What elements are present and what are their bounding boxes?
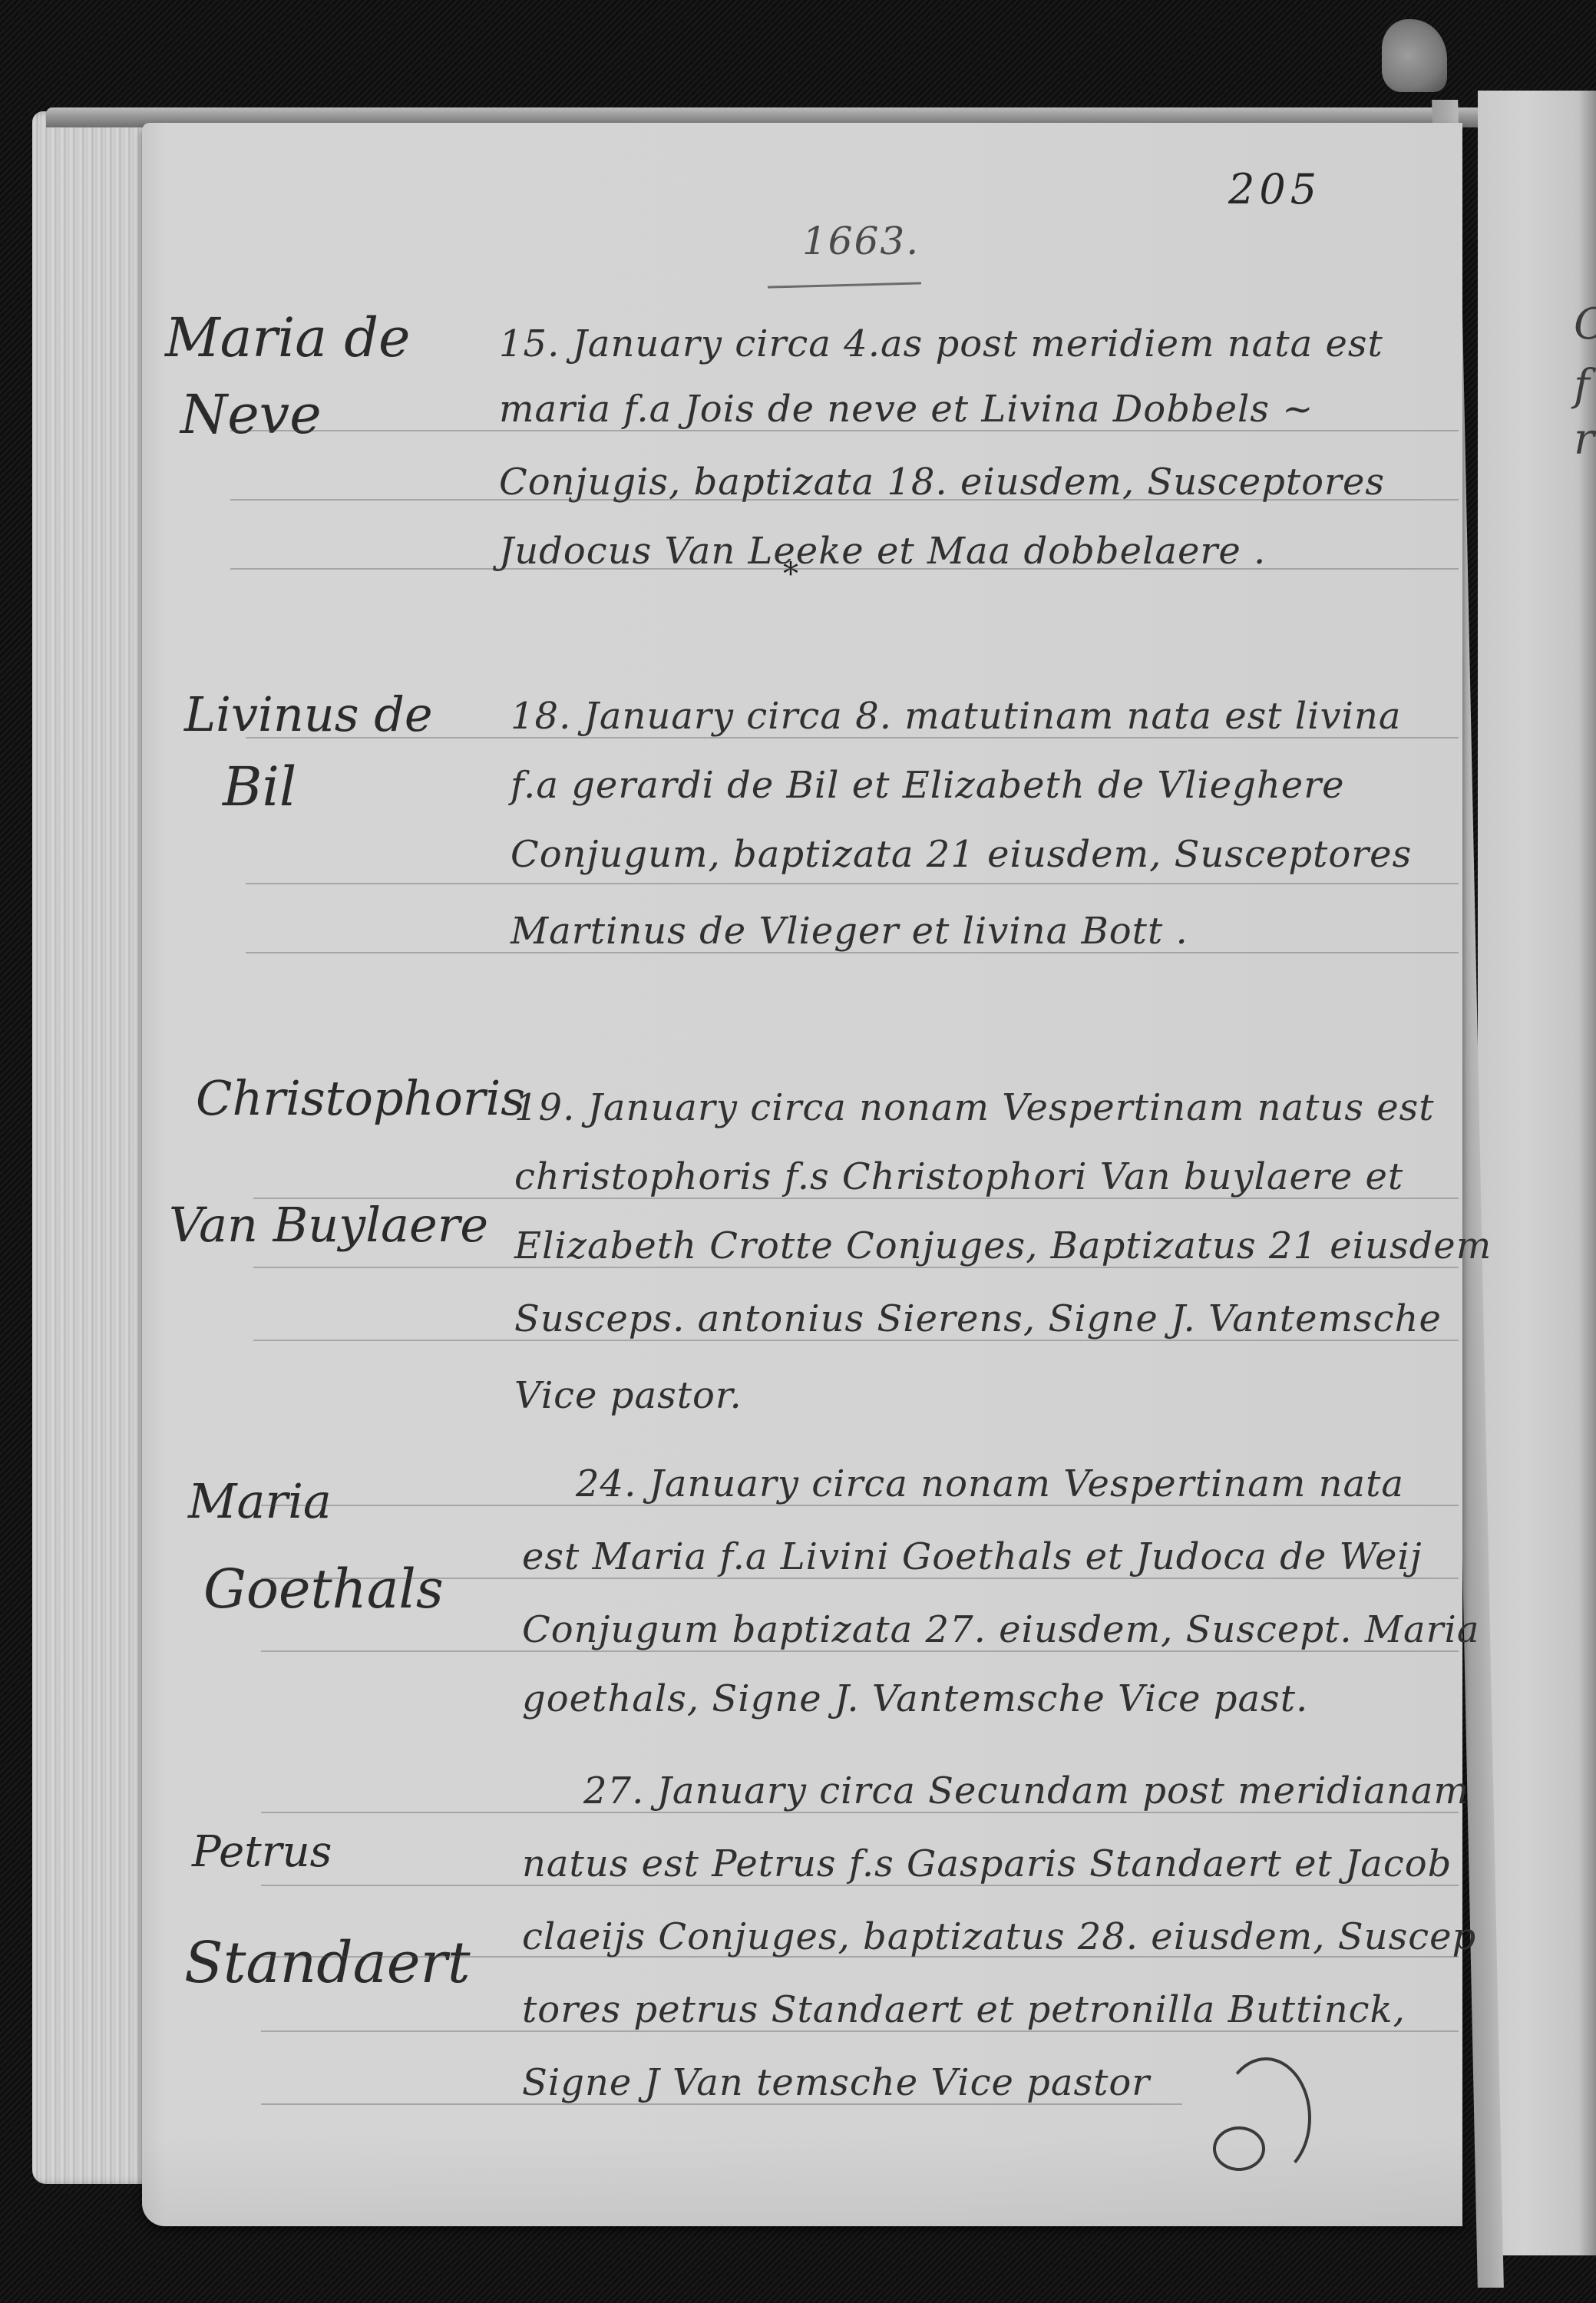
entry-line: Conjugum, baptizata 21 eiusdem, Suscepto…	[511, 833, 1412, 876]
entry-line: Susceps. antonius Sierens, Signe J. Vant…	[514, 1297, 1442, 1340]
facing-page-fragment: r	[1574, 415, 1594, 464]
entry-line: 19. January circa nonam Vespertinam natu…	[514, 1086, 1435, 1129]
ruled-line	[246, 737, 1459, 738]
ruled-line	[261, 1505, 1459, 1506]
facing-page-fragment: f	[1574, 361, 1590, 411]
book-page-edges	[32, 111, 155, 2184]
ruled-line	[230, 430, 1459, 431]
entry-line: 27. January circa Secundam post meridian…	[583, 1769, 1469, 1812]
ruled-line	[253, 1198, 1459, 1199]
margin-name-line: Livinus de	[184, 691, 433, 738]
entry-line: christophoris f.s Christophori Van buyla…	[514, 1155, 1403, 1198]
register-year: 1663.	[802, 219, 920, 263]
ruled-line	[230, 499, 1459, 501]
ruled-line	[246, 952, 1459, 953]
torn-page-corner	[1382, 19, 1447, 92]
entry-line: 24. January circa nonam Vespertinam nata	[576, 1462, 1404, 1505]
ruled-line	[261, 1812, 1459, 1813]
asterisk-mark: *	[783, 557, 798, 592]
ruled-line	[230, 568, 1459, 570]
entry-line: Vice pastor.	[514, 1374, 742, 1417]
margin-name-line: Standaert	[184, 1935, 471, 1991]
entry-line: tores petrus Standaert et petronilla But…	[522, 1988, 1406, 2031]
entry-line: Elizabeth Crotte Conjuges, Baptizatus 21…	[514, 1224, 1492, 1267]
entry-line: natus est Petrus f.s Gasparis Standaert …	[522, 1842, 1452, 1885]
entry-line: 18. January circa 8. matutinam nata est …	[511, 695, 1401, 738]
margin-name-line: Petrus	[192, 1831, 332, 1874]
ruled-line	[261, 1578, 1459, 1579]
margin-name-line: Maria	[188, 1478, 332, 1525]
margin-name-line: Van Buylaere	[169, 1201, 488, 1249]
page-number: 205	[1228, 165, 1321, 213]
margin-name-line: Goethals	[203, 1562, 444, 1616]
facing-page-fragment: C	[1574, 299, 1596, 349]
entry-line: Signe J Van temsche Vice pastor	[522, 2061, 1150, 2104]
margin-name-line: Bil	[223, 760, 296, 814]
closing-flourish	[1213, 2126, 1265, 2171]
ruled-line	[261, 1885, 1459, 1886]
margin-name-line: Maria de	[165, 311, 410, 365]
margin-name-line: Christophoris	[196, 1075, 525, 1122]
entry-line: f.a gerardi de Bil et Elizabeth de Vlieg…	[511, 764, 1345, 807]
ruled-line	[253, 1340, 1459, 1341]
entry-line: Conjugis, baptizata 18. eiusdem, Suscept…	[499, 461, 1385, 504]
entry-line: 15. January circa 4.as post meridiem nat…	[499, 322, 1383, 365]
ruled-line	[261, 2103, 1182, 2105]
entry-line: est Maria f.a Livini Goethals et Judoca …	[522, 1535, 1423, 1578]
ruled-line	[261, 1956, 1459, 1958]
ruled-line	[253, 1267, 1459, 1268]
ruled-line	[261, 2030, 1459, 2032]
entry-line: maria f.a Jois de neve et Livina Dobbels…	[499, 388, 1314, 431]
entry-line: claeijs Conjuges, baptizatus 28. eiusdem…	[522, 1915, 1476, 1958]
entry-line: Judocus Van Leeke et Maa dobbelaere .	[499, 530, 1266, 573]
ruled-line	[261, 1650, 1459, 1652]
document-scan: C f r 205 1663. Maria de Neve 15. Januar…	[0, 0, 1596, 2303]
entry-line: goethals, Signe J. Vantemsche Vice past.	[522, 1677, 1308, 1720]
ruled-line	[246, 883, 1459, 884]
entry-line: Conjugum baptizata 27. eiusdem, Suscept.…	[522, 1608, 1480, 1651]
entry-line: Martinus de Vlieger et livina Bott .	[511, 910, 1188, 953]
margin-name-line: Neve	[180, 388, 322, 441]
